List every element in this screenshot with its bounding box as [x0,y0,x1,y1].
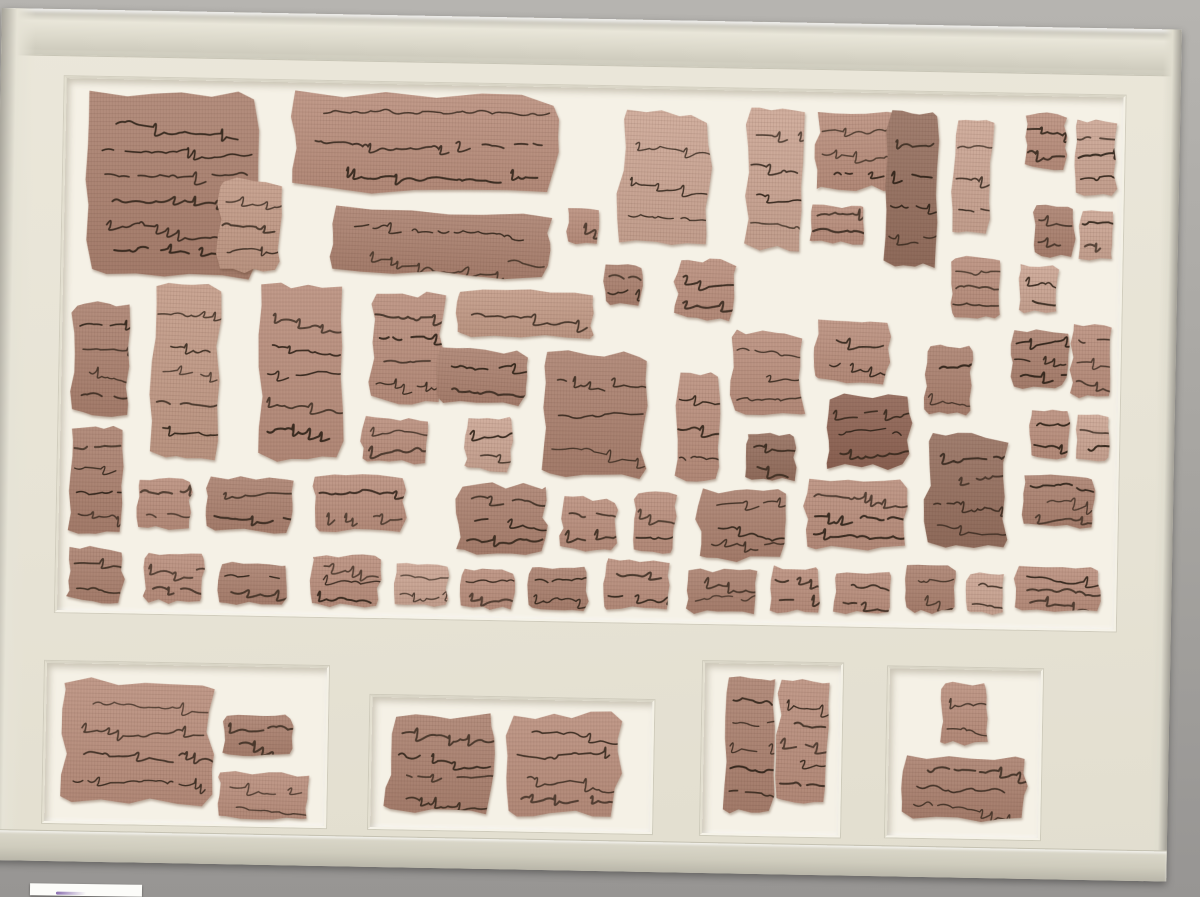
ink-script [454,287,595,340]
papyrus-surface [603,262,644,307]
papyrus-fragment [1073,412,1111,463]
papyrus-fragment [454,287,595,340]
papyrus-fragment [813,319,893,386]
papyrus-fragment [69,300,133,417]
papyrus-fragment [603,262,644,307]
ink-script [1021,474,1096,529]
papyrus-fragment [393,563,449,607]
ink-script [729,329,805,419]
papyrus-fragment [685,568,757,614]
papyrus-surface [899,753,1028,823]
papyrus-surface [802,478,909,552]
ink-script [57,675,215,808]
papyrus-surface [808,204,867,245]
ink-script [566,205,601,246]
ink-script [69,300,133,417]
ink-script [204,474,294,535]
papyrus-fragment [459,567,516,610]
ink-script [672,257,738,323]
ink-script [66,424,124,535]
papyrus-fragment [503,710,623,818]
papyrus-surface [949,118,995,235]
papyrus-fragment [808,204,867,245]
papyrus-fragment [744,105,807,252]
papyrus-surface [146,281,224,461]
ink-script [833,570,893,616]
papyrus-surface [1013,566,1102,614]
ink-script [949,118,995,235]
papyrus-fragment [883,109,940,268]
papyrus-surface [822,393,912,471]
papyrus-fragment [903,564,958,615]
ink-script [217,561,288,606]
ink-script [327,205,553,281]
papyrus-surface [922,432,1010,550]
papyrus-fragment [769,565,822,614]
frame-right-rail [1148,29,1182,881]
frame-top-rail [1,8,1182,77]
papyrus-surface [1032,204,1077,259]
ink-script [558,495,619,552]
papyrus-fragment [1021,474,1096,529]
papyrus-surface [216,769,310,822]
papyrus-fragment [632,491,677,556]
papyrus-surface [141,551,207,605]
ink-script [903,564,958,615]
papyrus-fragment [537,349,649,481]
papyrus-fragment [1028,408,1071,461]
ink-script [1032,204,1077,259]
papyrus-surface [360,416,429,465]
papyrus-surface [965,571,1006,616]
ink-script [813,319,893,386]
papyrus-fragment [454,481,549,557]
papyrus-surface [309,553,382,608]
ink-script [393,563,449,607]
papyrus-fragment [1017,264,1060,315]
papyrus-surface [883,109,940,268]
papyrus-surface [217,561,288,606]
papyrus-surface [459,567,516,610]
papyrus-fragment [899,753,1028,823]
papyrus-fragment [922,432,1010,550]
ink-script [255,281,347,463]
papyrus-fragment [695,487,787,563]
papyrus-fragment [1032,204,1077,259]
papyrus-fragment [327,205,553,281]
papyrus-surface [327,205,553,281]
papyrus-surface [537,349,649,481]
papyrus-surface [1078,209,1115,262]
ink-script [1073,412,1111,463]
papyrus-surface [743,431,798,482]
papyrus-fragment [255,281,347,463]
mat-window-main [55,76,1126,631]
papyrus-fragment [558,495,619,552]
papyrus-surface [1017,264,1060,315]
papyrus-fragment [949,118,995,235]
papyrus-surface [1023,112,1068,171]
papyrus-surface [695,487,787,563]
ink-script [899,753,1028,823]
papyrus-fragment [1078,209,1115,262]
papyrus-surface [1010,328,1070,390]
ink-script [221,712,294,757]
papyrus-fragment [965,571,1006,616]
papyrus-fragment [289,88,561,197]
papyrus-fragment [802,478,909,552]
ink-script [525,564,591,612]
papyrus-fragment [1023,112,1068,171]
papyrus-fragment [434,345,529,408]
papyrus-surface [454,287,595,340]
ink-script [459,567,516,610]
papyrus-fragment [66,424,124,535]
papyrus-surface [923,344,974,417]
frame-left-rail [0,8,36,860]
papyrus-surface [1069,323,1112,400]
papyrus-surface [566,205,601,246]
papyrus-fragment [729,329,805,419]
ink-script [215,177,283,274]
ink-script [965,571,1006,616]
papyrus-fragment [1013,566,1102,614]
ink-script [773,678,831,806]
papyrus-fragment [722,675,777,814]
papyrus-fragment [773,678,831,806]
papyrus-fragment [615,108,716,251]
papyrus-surface [773,678,831,806]
papyrus-fragment [463,415,515,473]
papyrus-surface [558,495,619,552]
papyrus-surface [289,88,561,197]
ink-script [146,281,224,461]
ink-script [883,109,940,268]
papyrus-surface [463,415,515,473]
ink-script [1028,408,1071,461]
papyrus-surface [454,481,549,557]
ink-script [1013,566,1102,614]
ink-script [615,108,716,251]
papyrus-surface [615,108,716,251]
ink-script [822,393,912,471]
papyrus-fragment [923,344,974,417]
papyrus-surface [382,711,500,819]
papyrus-surface [525,564,591,612]
mat-window-lower-1 [42,661,329,828]
papyrus-fragment [743,431,798,482]
ink-script [743,431,798,482]
photo-of-framed-papyri [0,0,1200,897]
ink-script [802,478,909,552]
papyrus-fragment [1010,328,1070,390]
mat-window-lower-3 [700,661,843,838]
ink-script [603,262,644,307]
papyrus-surface [215,177,283,274]
ink-script [134,476,193,531]
ink-script [1069,323,1112,400]
papyrus-surface [1028,408,1071,461]
ink-script [1078,209,1115,262]
papyrus-surface [601,558,672,611]
papyrus-surface [813,319,893,386]
ink-script [1073,119,1117,197]
papyrus-fragment [948,254,1001,319]
ink-script [463,415,515,473]
papyrus-fragment [311,474,407,534]
ink-script [601,558,672,611]
papyrus-surface [1073,119,1117,197]
papyrus-fragment [382,711,500,819]
ink-script [769,565,822,614]
ink-script [685,568,757,614]
papyrus-surface [1073,412,1111,463]
ink-script [216,769,310,822]
papyrus-fragment [217,561,288,606]
papyrus-surface [69,300,133,417]
papyrus-fragment [673,371,721,482]
catalog-label-tag [30,883,142,897]
ink-script [744,105,807,252]
ink-script [434,345,529,408]
papyrus-fragment [822,393,912,471]
ink-script [141,551,207,605]
papyrus-fragment [525,564,591,612]
papyrus-fragment [134,476,193,531]
ink-script [939,681,990,746]
ink-script [673,371,721,482]
papyrus-surface [65,544,126,605]
papyrus-fragment [146,281,224,461]
mat-window-lower-2 [368,695,654,834]
papyrus-fragment [833,570,893,616]
papyrus-surface [57,675,215,808]
papyrus-surface [255,281,347,463]
papyrus-surface [685,568,757,614]
papyrus-fragment [216,769,310,822]
papyrus-surface [66,424,124,535]
papyrus-surface [632,491,677,556]
papyrus-surface [903,564,958,615]
papyrus-surface [1021,474,1096,529]
papyrus-fragment [204,474,294,535]
papyrus-fragment [141,551,207,605]
ink-script [454,481,549,557]
mat-window-lower-4 [885,666,1043,840]
ink-script [65,544,126,605]
ink-script [722,675,777,814]
papyrus-fragment [1073,119,1117,197]
ink-script [289,88,561,197]
ink-script [1017,264,1060,315]
papyrus-fragment [1069,323,1112,400]
papyrus-fragment [360,416,429,465]
papyrus-surface [729,329,805,419]
papyrus-surface [311,474,407,534]
papyrus-surface [221,712,294,757]
ink-script [309,553,382,608]
ink-script [922,432,1010,550]
ink-script [923,344,974,417]
papyrus-surface [744,105,807,252]
ink-script [948,254,1001,319]
papyrus-fragment [221,712,294,757]
ink-script [632,491,677,556]
ink-script [537,349,649,481]
papyrus-fragment [215,177,283,274]
papyrus-surface [434,345,529,408]
papyrus-surface [672,257,738,323]
papyrus-surface [503,710,623,818]
papyrus-fragment [601,558,672,611]
ink-script [311,474,407,534]
display-frame [0,8,1182,881]
papyrus-fragment [57,675,215,808]
ink-script [503,710,623,818]
papyrus-surface [393,563,449,607]
papyrus-fragment [566,205,601,246]
papyrus-fragment [672,257,738,323]
ink-script [1023,112,1068,171]
papyrus-surface [673,371,721,482]
ink-script [1010,328,1070,390]
papyrus-surface [948,254,1001,319]
ink-script [360,416,429,465]
papyrus-fragment [309,553,382,608]
ink-script [382,711,500,819]
papyrus-surface [939,681,990,746]
ink-script [808,204,867,245]
papyrus-surface [833,570,893,616]
papyrus-fragment [939,681,990,746]
papyrus-surface [769,565,822,614]
papyrus-fragment [65,544,126,605]
ink-script [695,487,787,563]
papyrus-surface [722,675,777,814]
papyrus-surface [134,476,193,531]
papyrus-surface [204,474,294,535]
